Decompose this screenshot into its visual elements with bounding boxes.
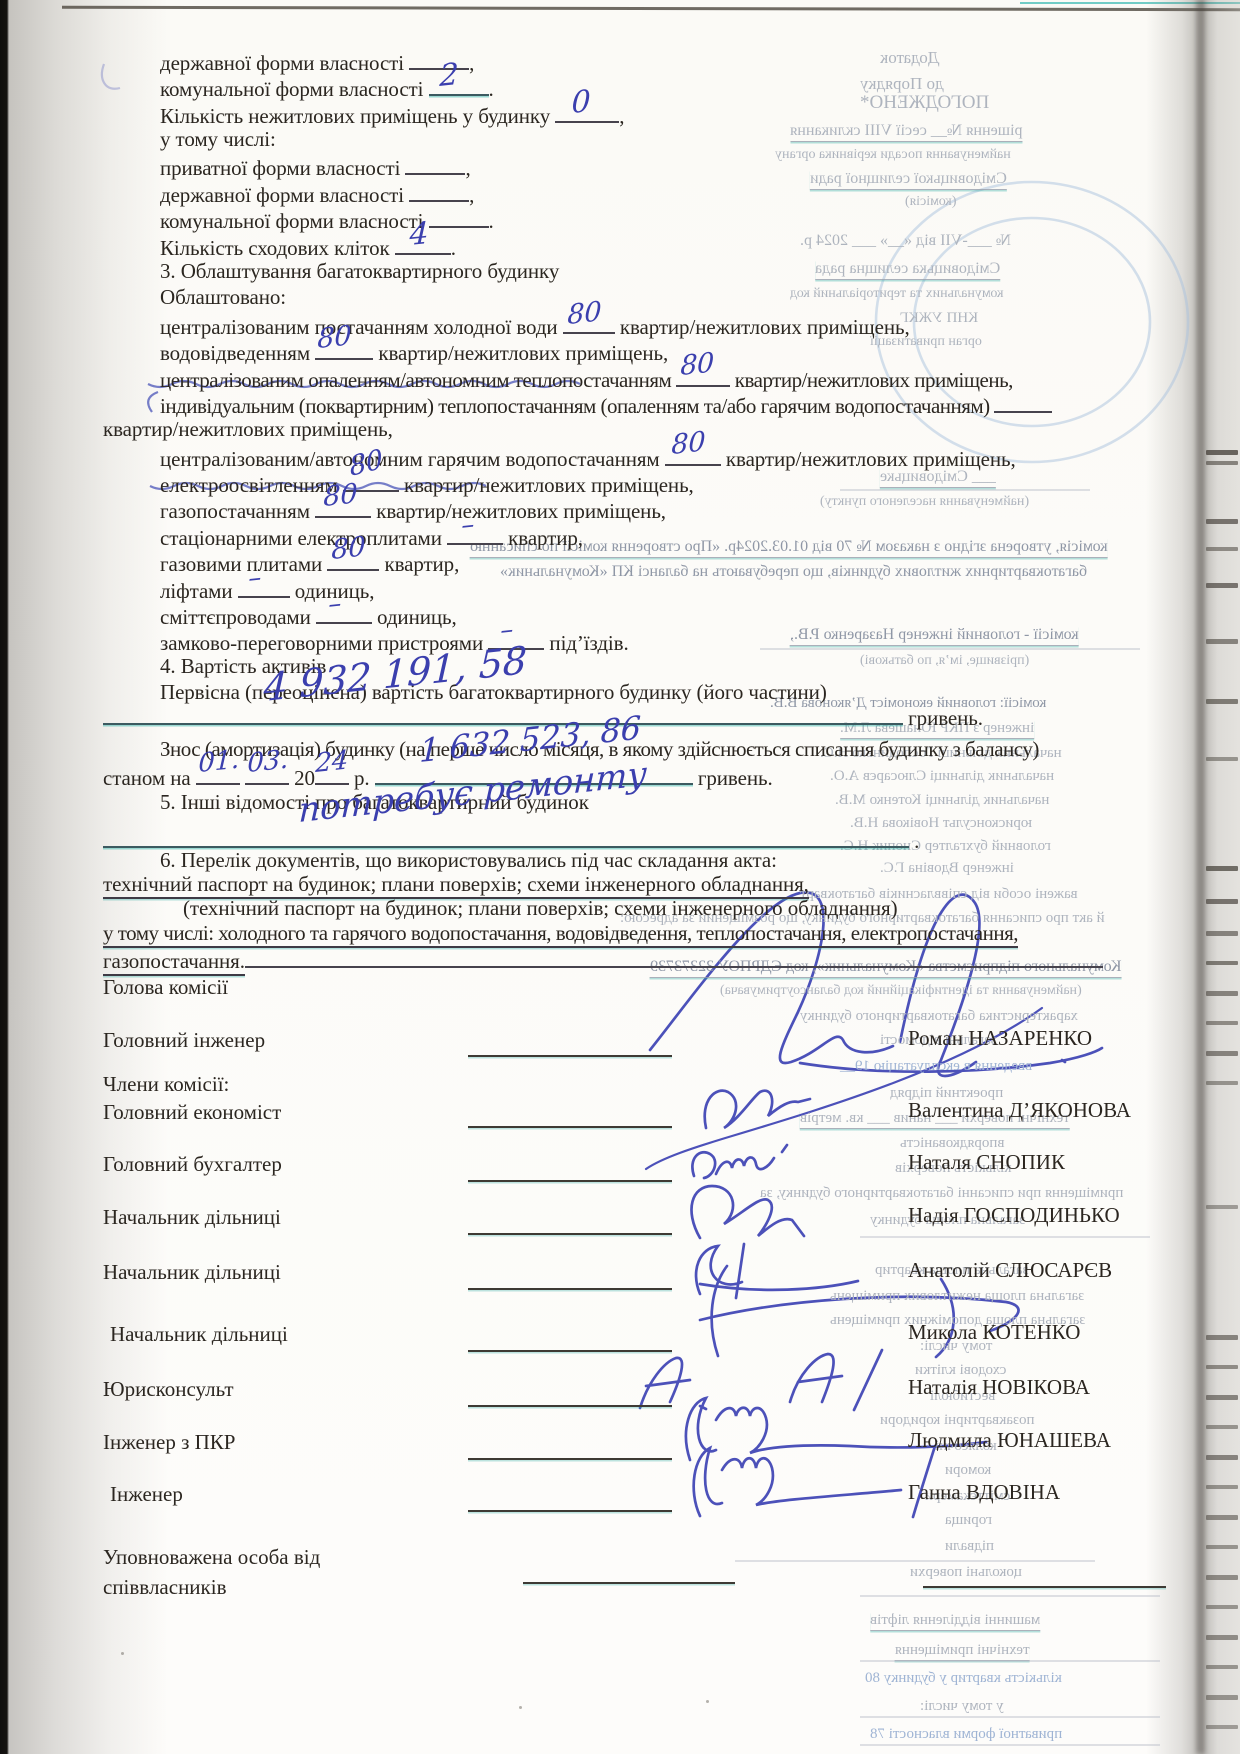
printed-text: газопостачанням (160, 499, 315, 523)
signature-line (523, 1582, 735, 1584)
signature-line (468, 1233, 672, 1235)
form-line: у тому числі: (160, 127, 276, 152)
bleedthrough-text: найменування посади керівника органу (775, 147, 1011, 163)
commission-member-name: Роман НАЗАРЕНКО (908, 1026, 1092, 1051)
bleedthrough-text: багатоквартирних житлових будинків, що п… (500, 563, 1087, 581)
commission-member-name: Людмила ЮНАШЕВА (908, 1428, 1111, 1453)
bleedthrough-line (860, 1716, 1160, 1718)
handwritten-value: 24 (315, 747, 349, 777)
blank-underline (409, 180, 469, 202)
commission-role-label: Начальник дільниці (110, 1322, 288, 1347)
printed-text: у тому числі: (160, 127, 276, 151)
blank-underline: – (238, 576, 290, 598)
form-line: приватної форми власності , (160, 153, 471, 181)
binding-mark (1206, 866, 1238, 871)
form-line: стаціонарними електроплитами – квартир, (160, 523, 583, 551)
binding-mark (1206, 931, 1238, 936)
binding-mark (1206, 1695, 1238, 1700)
printed-text: комунальної форми власності (160, 209, 429, 233)
printed-text: Кількість сходових кліток (160, 236, 395, 260)
commission-member-name: Ганна ВДОВІНА (908, 1480, 1060, 1505)
handwritten-value: 80 (317, 322, 352, 353)
printed-text: Кількість нежитлових приміщень у будинку (160, 104, 555, 128)
binding-mark (1206, 450, 1238, 455)
form-line: Кількість нежитлових приміщень у будинку… (160, 101, 624, 129)
handwritten-value: – (328, 590, 342, 618)
commission-member-name: Наталя СНОПИК (908, 1150, 1065, 1175)
blank-underline: 80 (665, 444, 721, 466)
handwritten-value: 4 (409, 219, 429, 251)
blank-underline (405, 153, 465, 175)
printed-text: . (489, 77, 494, 101)
binding-mark (1206, 547, 1238, 551)
bleedthrough-text: комори (945, 1462, 991, 1479)
binding-mark (1206, 1081, 1238, 1085)
binding-mark (1206, 1395, 1238, 1400)
binding-mark (1206, 1725, 1238, 1729)
bleedthrough-text: рішення №__ сесії VIII скликання (790, 122, 1022, 142)
binding-mark (1206, 1425, 1238, 1429)
binding-mark (1206, 1575, 1238, 1580)
bleedthrough-text: позаквартирні коридори (880, 1412, 1034, 1429)
printed-text: гривень. (693, 766, 773, 790)
blank-underline: 24 (315, 763, 349, 785)
underlined-printed-text: газопостачання. (103, 949, 245, 976)
commission-role-label: Голова комісії (103, 975, 228, 1000)
form-line: технічний паспорт на будинок; плани пове… (103, 872, 809, 897)
bleedthrough-text: (комісія) (905, 194, 956, 210)
form-line: водовідведенням 80 квартир/нежитлових пр… (160, 338, 668, 366)
form-line: ліфтами – одиниць, (160, 576, 374, 604)
printed-text: квартир/нежитлових приміщень, (373, 341, 668, 365)
printed-text: комунальної форми власності (160, 77, 429, 101)
handwritten-value: 03. (247, 746, 289, 777)
page-edge-top-line (62, 6, 1240, 11)
binding-mark (1206, 899, 1238, 904)
bleedthrough-text: у тому числі: (920, 1698, 1004, 1715)
handwritten-value: 80 (323, 480, 358, 511)
signature-line (923, 1586, 1166, 1588)
binding-mark (1206, 1365, 1238, 1369)
commission-role-label: Інженер (110, 1482, 183, 1507)
scanner-edge-artifact (1020, 2, 1240, 4)
binding-mark (1206, 1455, 1238, 1460)
handwritten-value: 80 (680, 349, 714, 380)
printed-text: квартир/нежитлових приміщень, (730, 368, 1013, 392)
bleedthrough-text: інженер Вдовіна Г.С. (880, 860, 1014, 877)
commission-member-name: Наталія НОВІКОВА (908, 1375, 1090, 1400)
underlined-printed-text: технічний паспорт на будинок; плани пове… (103, 872, 809, 899)
page-edge-right-shadow (1146, 0, 1240, 1754)
printed-text: електроосвітленням (160, 473, 343, 497)
signature-line (468, 1405, 672, 1407)
signature-line (468, 1180, 672, 1182)
bleedthrough-text: начальник дільниці Котенко М.В. (835, 792, 1049, 809)
form-line: газопостачання. (103, 946, 1103, 974)
form-line: індивідуальним (поквартирним) теплопоста… (160, 391, 1052, 419)
bleedthrough-text: (найменування та ідентифікаційний код ба… (720, 983, 1082, 999)
bleedthrough-text: приватної форми власності 78 (870, 1726, 1062, 1743)
printed-text: , (619, 104, 624, 128)
commission-role-label: Головний бухгалтер (103, 1152, 282, 1177)
printed-text: 6. Перелік документів, що використовувал… (160, 848, 777, 872)
commission-role-label: співвласників (103, 1575, 227, 1600)
form-line: державної форми власності , (160, 48, 474, 76)
bleedthrough-text: КНП УЖКГ (900, 310, 978, 327)
binding-mark (1206, 461, 1238, 465)
printed-text: . (451, 236, 456, 260)
printed-text: приватної форми власності (160, 156, 405, 180)
blank-underline: 01. (196, 763, 240, 785)
blank-underline (429, 206, 489, 228)
bleedthrough-text: введення в експлуатацію 19__ (840, 1058, 1032, 1075)
binding-shadow-line (1196, 0, 1205, 1754)
printed-text: квартир/нежитлових приміщень, (721, 447, 1016, 471)
bleedthrough-text: Смідовицької селищної ради (810, 170, 1007, 190)
bleedthrough-line (860, 1744, 1160, 1746)
binding-mark (1206, 639, 1238, 644)
binding-mark (1206, 1051, 1238, 1056)
bleedthrough-line (735, 1560, 1095, 1562)
commission-member-name: Надія ГОСПОДИНЬКО (908, 1203, 1120, 1228)
form-line: 3. Облаштування багатоквартирного будинк… (160, 259, 559, 284)
binding-mark (1206, 1205, 1238, 1209)
printed-text: 3. Облаштування багатоквартирного будинк… (160, 259, 559, 283)
commission-member-name: Микола КОТЕНКО (908, 1320, 1080, 1345)
printed-text: квартир/нежитлових приміщень, (103, 417, 393, 441)
bleedthrough-line (860, 1236, 1150, 1238)
scanned-document-page: Додатокдо ПорядкуПОГОДЖЕНО*рішення №__ с… (0, 0, 1240, 1754)
form-line: газовими плитами 80 квартир, (160, 549, 459, 577)
bleedthrough-text: (прізвище, ім’я, по батькові) (860, 653, 1029, 669)
bleedthrough-text: (найменування населеного пункту) (820, 494, 1029, 510)
commission-role-label: Юрисконсульт (103, 1377, 234, 1402)
commission-role-label: Головний економіст (103, 1100, 281, 1125)
bleedthrough-line (860, 1660, 1160, 1662)
blank-underline: – (447, 523, 503, 545)
commission-member-name: Анатолій СЛЮСАРЄВ (908, 1258, 1112, 1283)
printed-text: ліфтами (160, 579, 238, 603)
blank-underline: потребує ремонту (103, 826, 909, 848)
bleedthrough-text: підвали (945, 1538, 994, 1555)
commission-role-label: Головний інженер (103, 1028, 265, 1053)
printed-text: квартир/нежитлових приміщень, (399, 473, 694, 497)
blank-underline: 80 (563, 312, 615, 334)
handwritten-value: 80 (348, 446, 384, 481)
printed-text: стаціонарними електроплитами (160, 526, 447, 550)
bleedthrough-text: машинні відділення ліфтів (870, 1612, 1040, 1631)
blank-underline: 2 (429, 74, 489, 96)
bleedthrough-line (860, 1595, 1160, 1597)
handwritten-value: 80 (567, 298, 602, 329)
bleedthrough-text: загальна площа нежитлових приміщень (830, 1288, 1084, 1305)
form-line: квартир/нежитлових приміщень, (103, 417, 393, 442)
printed-text: централізованим/автономним гарячим водоп… (160, 447, 665, 471)
printed-text: державної форми власності (160, 51, 409, 75)
form-line: газопостачанням 80 квартир/нежитлових пр… (160, 496, 666, 524)
bleedthrough-text: кількість квартир у будинку 80 (865, 1670, 1062, 1687)
form-line: централізованим постачанням холодної вод… (160, 312, 910, 340)
printed-text: квартир/нежитлових приміщень, (371, 499, 666, 523)
printed-text: централізованим опаленням/автономним теп… (160, 368, 676, 392)
bleedthrough-line (760, 648, 1140, 650)
commission-role-label: Уповноважена особа від (103, 1545, 320, 1570)
bleedthrough-text: приміщення при списанні багатоквартирног… (760, 1185, 1123, 1202)
bleedthrough-text: цокольні поверхи (910, 1564, 1022, 1581)
printed-text: водовідведенням (160, 341, 315, 365)
binding-mark (1206, 519, 1238, 524)
form-line: комунальної форми власності 2. (160, 74, 494, 102)
handwritten-value: 80 (671, 428, 706, 459)
binding-mark (1206, 1605, 1238, 1609)
commission-role-label: Начальник дільниці (103, 1205, 281, 1230)
commission-role-label: Члени комісії: (103, 1072, 229, 1097)
printed-text: державної форми власності (160, 183, 409, 207)
bleedthrough-text: комісії - головний інженер Назаренко Р.В… (790, 626, 1079, 646)
bleedthrough-text: ПОГОДЖЕНО* (860, 92, 989, 114)
printed-text: квартир, (503, 526, 583, 550)
blank-underline: 4 932 191, 58 (103, 703, 903, 725)
blank-underline (245, 946, 1103, 968)
signature-line (468, 1126, 672, 1128)
printed-text: одиниць, (372, 605, 457, 629)
bleedthrough-text: Додаток (880, 48, 939, 68)
handwritten-value: 80 (331, 533, 366, 564)
form-line: 6. Перелік документів, що використовувал… (160, 848, 777, 873)
stamp-seal-icon (876, 182, 1188, 462)
printed-text: , (469, 51, 474, 75)
printed-text: газовими плитами (160, 552, 327, 576)
binding-mark (1206, 1635, 1238, 1640)
bleedthrough-text: комунальних та територіальний код (790, 286, 1004, 302)
signature-line (468, 1288, 672, 1290)
bleedthrough-text: характеристика багатоквартирного будинку (800, 1008, 1078, 1025)
blank-underline: – (316, 602, 372, 624)
printed-text: 20 (289, 766, 315, 790)
form-line: електроосвітленням 80 квартир/нежитлових… (160, 470, 694, 498)
binding-mark (1206, 961, 1238, 965)
binding-mark (1206, 699, 1238, 704)
bleedthrough-line (840, 489, 1090, 491)
printed-text: сміттєпроводами (160, 605, 316, 629)
blank-underline: 03. (245, 763, 289, 785)
binding-mark (1206, 1021, 1238, 1025)
bleedthrough-text: Смідовицька селищна рада (815, 260, 1000, 280)
commission-member-name: Валентина Д’ЯКОНОВА (908, 1098, 1131, 1123)
handwritten-value: 2 (439, 60, 459, 92)
binding-mark (1206, 1665, 1238, 1669)
blank-underline (994, 391, 1052, 413)
blank-underline: 0 (555, 101, 619, 123)
printed-text: станом на (103, 766, 196, 790)
signature-line (468, 1350, 672, 1352)
printed-text: квартир/нежитлових приміщень, (615, 315, 910, 339)
printed-text: під’їздів. (544, 631, 628, 655)
binding-mark (1206, 991, 1238, 996)
form-line: централізованим/автономним гарячим водоп… (160, 444, 1016, 472)
signature-line (468, 1055, 672, 1057)
printed-text: централізованим постачанням холодної вод… (160, 315, 563, 339)
form-line: (технічний паспорт на будинок; плани пов… (183, 896, 897, 921)
bleedthrough-text: технічні приміщення (895, 1642, 1030, 1661)
printed-text: , (465, 156, 470, 180)
bleedthrough-text: до Порядку (860, 74, 944, 94)
blank-underline: 80 (315, 338, 373, 360)
handwritten-value: 01. (198, 746, 240, 777)
printed-text: . (909, 829, 919, 853)
printed-text: (технічний паспорт на будинок; плани пов… (183, 896, 897, 920)
underlined-printed-text: у тому числі: холодного та гарячого водо… (103, 921, 1018, 948)
blank-underline: 80 (327, 549, 379, 571)
blank-underline: 80 (315, 496, 371, 518)
handwritten-value: 0 (571, 87, 591, 119)
binding-mark (1206, 1485, 1238, 1489)
signature-line (468, 1458, 672, 1460)
signature-line (468, 1510, 672, 1512)
form-line: державної форми власності , (160, 180, 474, 208)
blank-underline: 80 (676, 365, 730, 387)
commission-role-label: Інженер з ПКР (103, 1430, 236, 1455)
blank-underline: 4 (395, 233, 451, 255)
commission-role-label: Начальник дільниці (103, 1260, 281, 1285)
printed-text: гривень. (903, 706, 983, 730)
handwritten-value: – (461, 511, 475, 539)
form-line: у тому числі: холодного та гарячого водо… (103, 921, 1018, 946)
bleedthrough-text: начальник дільниці Слюсарєв А.О. (830, 768, 1054, 785)
printed-text: квартир, (379, 552, 459, 576)
form-line: сміттєпроводами – одиниць, (160, 602, 457, 630)
binding-mark (1206, 1335, 1238, 1340)
bleedthrough-text: горища (945, 1512, 992, 1529)
bleedthrough-text: № ___-VII від «__» ___ 2024 р. (800, 232, 1011, 250)
form-line: Кількість сходових кліток 4. (160, 233, 456, 261)
form-line: комунальної форми власності . (160, 206, 494, 234)
printed-text: індивідуальним (поквартирним) теплопоста… (160, 394, 994, 418)
printed-text: . (489, 209, 494, 233)
handwritten-value: – (248, 564, 262, 592)
binding-mark (1206, 1545, 1238, 1549)
printed-text: , (469, 183, 474, 207)
binding-mark (1206, 757, 1238, 761)
binding-mark (1206, 1515, 1238, 1520)
form-line: централізованим опаленням/автономним теп… (160, 365, 1013, 393)
printed-text: Облаштовано: (160, 285, 286, 309)
binding-mark (1206, 583, 1238, 588)
form-line: Облаштовано: (160, 285, 286, 310)
